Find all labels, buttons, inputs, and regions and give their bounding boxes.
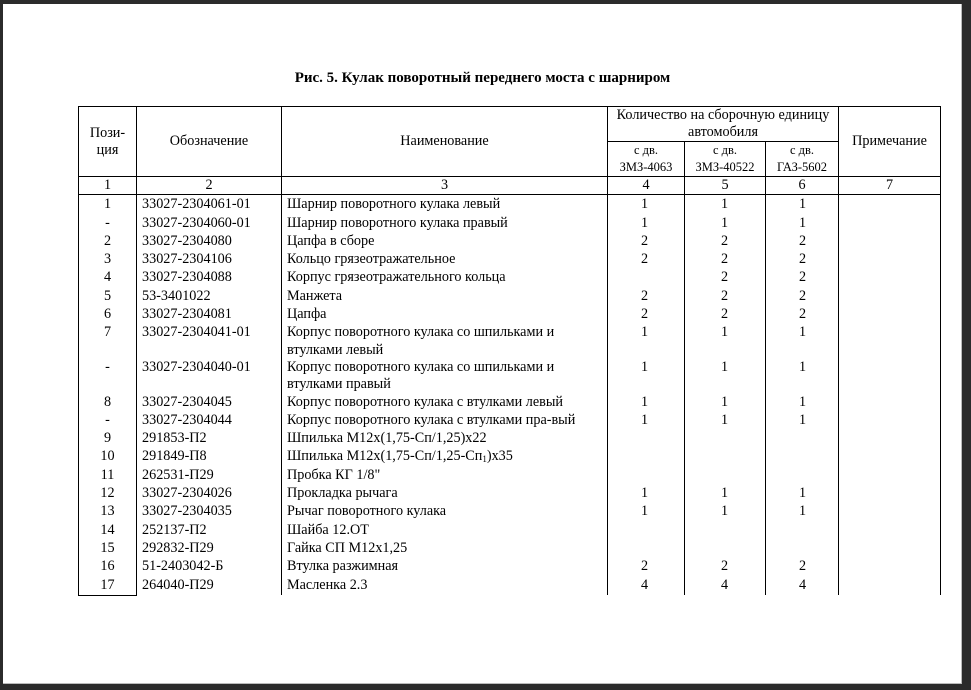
column-number-7: 7: [839, 177, 941, 195]
cell-qty-zmz-4063: 2: [608, 251, 685, 269]
cell-qty-zmz-40522: [685, 540, 766, 558]
cell-position: 6: [79, 306, 137, 324]
cell-qty-zmz-4063: 1: [608, 485, 685, 503]
header-engine-gaz-5602: с дв.ГАЗ-5602: [766, 142, 839, 177]
cell-qty-zmz-40522: 2: [685, 251, 766, 269]
cell-note: [839, 288, 941, 306]
column-number-2: 2: [137, 177, 282, 195]
cell-designation: 33027-2304106: [137, 251, 282, 269]
cell-name: Корпус поворотного кулака со шпильками и…: [282, 359, 608, 394]
cell-name: Корпус поворотного кулака с втулками пра…: [282, 412, 608, 430]
column-number-5: 5: [685, 177, 766, 195]
header-engine-zmz-40522: с дв.ЗМЗ-40522: [685, 142, 766, 177]
cell-note: [839, 448, 941, 466]
cell-note: [839, 577, 941, 596]
cell-qty-zmz-40522: 2: [685, 269, 766, 287]
cell-qty-gaz-5602: 2: [766, 269, 839, 287]
cell-qty-zmz-40522: 2: [685, 288, 766, 306]
cell-position: 9: [79, 430, 137, 448]
cell-position: 4: [79, 269, 137, 287]
cell-qty-zmz-40522: 1: [685, 359, 766, 394]
cell-note: [839, 251, 941, 269]
table-row: 833027-2304045Корпус поворотного кулака …: [79, 394, 941, 412]
cell-note: [839, 269, 941, 287]
cell-note: [839, 215, 941, 233]
cell-designation: 291853-П2: [137, 430, 282, 448]
cell-name: Шпилька М12х(1,75-Сп/1,25)х22: [282, 430, 608, 448]
cell-qty-gaz-5602: 1: [766, 359, 839, 394]
cell-qty-zmz-40522: 2: [685, 233, 766, 251]
cell-name: Пробка КГ 1/8": [282, 467, 608, 485]
cell-designation: 33027-2304041-01: [137, 324, 282, 359]
cell-qty-zmz-4063: 2: [608, 558, 685, 576]
cell-qty-gaz-5602: 1: [766, 195, 839, 215]
table-row: 333027-2304106Кольцо грязеотражательное2…: [79, 251, 941, 269]
cell-qty-zmz-4063: [608, 448, 685, 466]
cell-qty-zmz-4063: 1: [608, 394, 685, 412]
cell-qty-gaz-5602: 1: [766, 503, 839, 521]
table-row: 14252137-П2Шайба 12.ОТ: [79, 522, 941, 540]
cell-qty-gaz-5602: 2: [766, 251, 839, 269]
cell-name: Корпус грязеотражательного кольца: [282, 269, 608, 287]
table-row: -33027-2304040-01Корпус поворотного кула…: [79, 359, 941, 394]
cell-note: [839, 306, 941, 324]
cell-qty-gaz-5602: 1: [766, 215, 839, 233]
cell-name: Прокладка рычага: [282, 485, 608, 503]
cell-note: [839, 195, 941, 215]
cell-qty-zmz-40522: 1: [685, 485, 766, 503]
cell-qty-gaz-5602: 1: [766, 485, 839, 503]
cell-qty-gaz-5602: 4: [766, 577, 839, 596]
parts-table-body: 133027-2304061-01Шарнир поворотного кула…: [79, 195, 941, 596]
cell-position: 15: [79, 540, 137, 558]
cell-name: Шайба 12.ОТ: [282, 522, 608, 540]
cell-position: 14: [79, 522, 137, 540]
cell-designation: 33027-2304061-01: [137, 195, 282, 215]
cell-qty-gaz-5602: 2: [766, 558, 839, 576]
cell-position: 13: [79, 503, 137, 521]
cell-qty-zmz-4063: 1: [608, 215, 685, 233]
cell-name: Шарнир поворотного кулака левый: [282, 195, 608, 215]
cell-note: [839, 430, 941, 448]
cell-qty-zmz-4063: 2: [608, 306, 685, 324]
document-page: Рис. 5. Кулак поворотный переднего моста…: [3, 4, 962, 684]
cell-name: Цапфа в сборе: [282, 233, 608, 251]
cell-position: 2: [79, 233, 137, 251]
column-number-1: 1: [79, 177, 137, 195]
table-row: -33027-2304044Корпус поворотного кулака …: [79, 412, 941, 430]
cell-qty-gaz-5602: 2: [766, 306, 839, 324]
cell-designation: 264040-П29: [137, 577, 282, 596]
cell-designation: 33027-2304040-01: [137, 359, 282, 394]
cell-note: [839, 485, 941, 503]
cell-qty-zmz-4063: [608, 540, 685, 558]
table-row: 233027-2304080Цапфа в сборе222: [79, 233, 941, 251]
cell-qty-zmz-4063: 1: [608, 503, 685, 521]
cell-qty-zmz-40522: [685, 467, 766, 485]
cell-name: Масленка 2.3: [282, 577, 608, 596]
cell-position: -: [79, 215, 137, 233]
cell-designation: 291849-П8: [137, 448, 282, 466]
cell-designation: 33027-2304026: [137, 485, 282, 503]
cell-position: 10: [79, 448, 137, 466]
cell-qty-gaz-5602: [766, 522, 839, 540]
cell-note: [839, 359, 941, 394]
cell-qty-zmz-40522: 1: [685, 412, 766, 430]
cell-qty-gaz-5602: 1: [766, 412, 839, 430]
column-number-6: 6: [766, 177, 839, 195]
cell-note: [839, 522, 941, 540]
cell-name: Шарнир поворотного кулака правый: [282, 215, 608, 233]
parts-table: Пози-ция Обозначение Наименование Количе…: [78, 106, 941, 596]
cell-name: Манжета: [282, 288, 608, 306]
cell-name: Рычаг поворотного кулака: [282, 503, 608, 521]
cell-note: [839, 558, 941, 576]
cell-name: Гайка СП М12х1,25: [282, 540, 608, 558]
cell-name: Корпус поворотного кулака со шпильками и…: [282, 324, 608, 359]
cell-qty-zmz-40522: 1: [685, 324, 766, 359]
cell-qty-zmz-40522: [685, 448, 766, 466]
cell-position: -: [79, 412, 137, 430]
header-position: Пози-ция: [79, 107, 137, 177]
cell-qty-zmz-4063: 4: [608, 577, 685, 596]
cell-designation: 33027-2304088: [137, 269, 282, 287]
cell-designation: 33027-2304045: [137, 394, 282, 412]
cell-qty-zmz-4063: 1: [608, 195, 685, 215]
cell-qty-gaz-5602: [766, 467, 839, 485]
cell-qty-zmz-4063: 1: [608, 359, 685, 394]
cell-name: Кольцо грязеотражательное: [282, 251, 608, 269]
cell-position: 17: [79, 577, 137, 596]
cell-name: Цапфа: [282, 306, 608, 324]
header-name: Наименование: [282, 107, 608, 177]
cell-designation: 51-2403042-Б: [137, 558, 282, 576]
cell-qty-gaz-5602: 2: [766, 233, 839, 251]
cell-qty-zmz-40522: [685, 430, 766, 448]
header-designation: Обозначение: [137, 107, 282, 177]
table-row: 433027-2304088Корпус грязеотражательного…: [79, 269, 941, 287]
column-number-3: 3: [282, 177, 608, 195]
cell-qty-zmz-4063: [608, 430, 685, 448]
cell-qty-zmz-40522: 2: [685, 306, 766, 324]
table-row: 1333027-2304035Рычаг поворотного кулака1…: [79, 503, 941, 521]
table-row: 1233027-2304026Прокладка рычага111: [79, 485, 941, 503]
cell-position: 5: [79, 288, 137, 306]
cell-note: [839, 394, 941, 412]
cell-designation: 53-3401022: [137, 288, 282, 306]
cell-designation: 292832-П29: [137, 540, 282, 558]
cell-note: [839, 324, 941, 359]
table-row: 133027-2304061-01Шарнир поворотного кула…: [79, 195, 941, 215]
cell-position: 11: [79, 467, 137, 485]
cell-qty-gaz-5602: [766, 540, 839, 558]
cell-qty-zmz-40522: 1: [685, 215, 766, 233]
cell-position: 1: [79, 195, 137, 215]
cell-qty-zmz-40522: 4: [685, 577, 766, 596]
cell-note: [839, 540, 941, 558]
table-row: 633027-2304081Цапфа222: [79, 306, 941, 324]
table-row: 15292832-П29Гайка СП М12х1,25: [79, 540, 941, 558]
header-quantity-group: Количество на сборочную единицу автомоби…: [608, 107, 839, 142]
cell-position: -: [79, 359, 137, 394]
column-number-row: 1234567: [79, 177, 941, 195]
cell-qty-gaz-5602: 1: [766, 324, 839, 359]
cell-position: 16: [79, 558, 137, 576]
cell-position: 12: [79, 485, 137, 503]
cell-qty-zmz-4063: [608, 269, 685, 287]
cell-qty-gaz-5602: [766, 430, 839, 448]
cell-qty-zmz-40522: [685, 522, 766, 540]
table-row: 733027-2304041-01Корпус поворотного кула…: [79, 324, 941, 359]
cell-qty-gaz-5602: 1: [766, 394, 839, 412]
cell-qty-gaz-5602: 2: [766, 288, 839, 306]
cell-qty-zmz-4063: [608, 467, 685, 485]
cell-name: Шпилька М12х(1,75-Сп/1,25-Сп1)х35: [282, 448, 608, 466]
table-row: 1651-2403042-БВтулка разжимная222: [79, 558, 941, 576]
cell-position: 7: [79, 324, 137, 359]
table-row: 9291853-П2Шпилька М12х(1,75-Сп/1,25)х22: [79, 430, 941, 448]
cell-qty-gaz-5602: [766, 448, 839, 466]
cell-position: 3: [79, 251, 137, 269]
cell-designation: 33027-2304080: [137, 233, 282, 251]
cell-qty-zmz-4063: [608, 522, 685, 540]
table-row: 17264040-П29Масленка 2.3444: [79, 577, 941, 596]
header-note: Примечание: [839, 107, 941, 177]
cell-qty-zmz-40522: 1: [685, 195, 766, 215]
cell-note: [839, 233, 941, 251]
cell-qty-zmz-4063: 2: [608, 288, 685, 306]
cell-designation: 33027-2304081: [137, 306, 282, 324]
cell-qty-zmz-40522: 1: [685, 503, 766, 521]
cell-note: [839, 467, 941, 485]
column-number-4: 4: [608, 177, 685, 195]
table-row: -33027-2304060-01Шарнир поворотного кула…: [79, 215, 941, 233]
cell-position: 8: [79, 394, 137, 412]
cell-qty-zmz-4063: 1: [608, 324, 685, 359]
header-engine-zmz-4063: с дв.ЗМЗ-4063: [608, 142, 685, 177]
cell-designation: 33027-2304060-01: [137, 215, 282, 233]
cell-designation: 33027-2304044: [137, 412, 282, 430]
cell-designation: 33027-2304035: [137, 503, 282, 521]
cell-note: [839, 503, 941, 521]
cell-name: Втулка разжимная: [282, 558, 608, 576]
cell-name: Корпус поворотного кулака с втулками лев…: [282, 394, 608, 412]
cell-qty-zmz-4063: 1: [608, 412, 685, 430]
table-row: 10291849-П8Шпилька М12х(1,75-Сп/1,25-Сп1…: [79, 448, 941, 466]
cell-qty-zmz-4063: 2: [608, 233, 685, 251]
cell-designation: 262531-П29: [137, 467, 282, 485]
figure-title: Рис. 5. Кулак поворотный переднего моста…: [3, 70, 962, 87]
cell-note: [839, 412, 941, 430]
cell-designation: 252137-П2: [137, 522, 282, 540]
table-row: 11262531-П29Пробка КГ 1/8": [79, 467, 941, 485]
table-row: 553-3401022Манжета222: [79, 288, 941, 306]
cell-qty-zmz-40522: 1: [685, 394, 766, 412]
cell-qty-zmz-40522: 2: [685, 558, 766, 576]
